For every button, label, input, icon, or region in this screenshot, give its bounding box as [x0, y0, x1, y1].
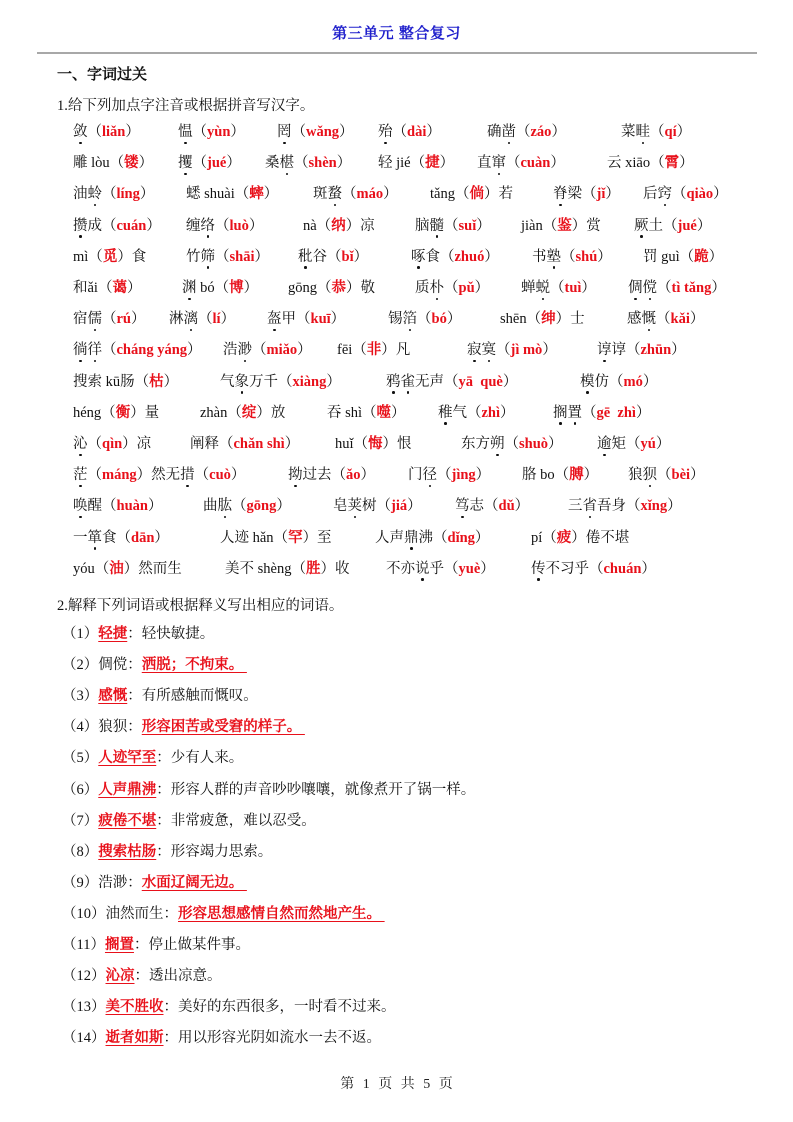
answer-text: dān — [131, 530, 154, 546]
pinyin-row: 唤醒（huàn）曲肱（gōng）皂荚树（jiá）笃志（dǔ）三省吾身（xǐng） — [0, 496, 793, 518]
dotted-character: 置 — [568, 405, 583, 421]
answer-text: chuán — [604, 561, 642, 577]
section-heading: 一、字词过关 — [57, 63, 147, 84]
dotted-character: 盔 — [267, 311, 282, 327]
dotted-character: 徜 — [73, 342, 88, 358]
dotted-character: 沁 — [73, 436, 88, 452]
answer-text: jué — [207, 155, 226, 171]
prompt-text: ） — [140, 186, 155, 202]
term-answer: 疲倦不堪 — [98, 813, 156, 829]
prompt-text: 谷 — [313, 249, 328, 265]
prompt-text: ）恨 — [383, 436, 412, 452]
answer-text: 霄 — [665, 155, 680, 171]
answer-text: kuī — [311, 311, 331, 327]
prompt-text: （ — [195, 467, 210, 483]
prompt-text: 食（ — [102, 530, 131, 546]
definition-answer: 形容思想感情自然而然地产生。 — [178, 906, 385, 922]
dotted-character: 雀 — [401, 374, 416, 390]
question-1-instruction: 1.给下列加点字注音或根据拼音写汉字。 — [57, 94, 314, 115]
definition-item: （4）狼狈：形容困苦或受窘的样子。 — [62, 717, 305, 737]
answer-text: wǎng — [306, 124, 339, 140]
prompt-text: 脑 — [415, 218, 430, 234]
pinyin-item: 鸦雀无声（yā què） — [386, 372, 517, 392]
dotted-character: 殆 — [378, 124, 393, 140]
answer-text: yuè — [459, 561, 481, 577]
pinyin-item: 皂荚树（jiá） — [333, 496, 422, 516]
pinyin-item: 三省吾身（xǐng） — [568, 496, 682, 516]
dotted-character: 说 — [415, 561, 430, 577]
prompt-text: ） — [297, 342, 312, 358]
pinyin-item: 逾矩（yú） — [597, 434, 670, 454]
pinyin-item: 缠络（luò） — [186, 216, 263, 236]
pinyin-item: 愠（yùn） — [178, 122, 245, 142]
answer-text: cuàn — [521, 155, 551, 171]
item-number: （4） — [62, 719, 98, 735]
prompt-text: ） — [690, 311, 705, 327]
separator: ： — [156, 782, 171, 798]
prompt-text: 成 — [88, 218, 103, 234]
prompt-text: ）士 — [556, 311, 585, 327]
answer-text: gōng — [247, 498, 277, 514]
prompt-text: ） — [139, 155, 154, 171]
pinyin-item: 美不 shèng（胜）收 — [225, 559, 349, 579]
dotted-character: 箪 — [88, 530, 103, 546]
dotted-character: 模 — [580, 374, 595, 390]
pinyin-row: 茫（máng）然无措（cuò）拗过去（ǎo）门径（jìng）胳 bo（膊）狼狈（… — [0, 465, 793, 487]
prompt-text: ） — [551, 124, 566, 140]
prompt-text: 油 — [73, 186, 88, 202]
dotted-character: 慨 — [642, 311, 657, 327]
dotted-character: 椹 — [280, 155, 295, 171]
definition: 停止做某件事。 — [148, 937, 250, 953]
answer-text: chǎn shì — [234, 436, 285, 452]
answer-text: 镂 — [124, 155, 139, 171]
prompt-text: 醒 — [88, 498, 103, 514]
prompt-text: zhàn（ — [200, 405, 242, 421]
answer-text: miǎo — [267, 342, 298, 358]
definition-item: （8）搜索枯肠：形容竭力思索。 — [62, 842, 272, 862]
dotted-character: 寞 — [482, 342, 497, 358]
prompt-text: ）收 — [320, 561, 349, 577]
prompt-text: 沸（ — [419, 530, 448, 546]
dotted-character: 传 — [531, 561, 546, 577]
separator: ： — [164, 906, 179, 922]
prompt-text: ） — [584, 467, 599, 483]
answer-text: 倘 — [469, 186, 484, 202]
prompt-text: ） — [475, 280, 490, 296]
dotted-character: 荚 — [348, 498, 363, 514]
prompt-text: （ — [102, 342, 117, 358]
term-answer: 人迹罕至 — [98, 750, 156, 766]
answer-text: 噬 — [377, 405, 392, 421]
dotted-character: 鸦 — [386, 374, 401, 390]
prompt-text: ） — [713, 186, 728, 202]
pinyin-row: 搜索 kū肠（枯）气象万千（xiàng）鸦雀无声（yā què）模仿（mó） — [0, 372, 793, 394]
answer-text: 膊 — [569, 467, 584, 483]
definition: 少有人来。 — [171, 750, 244, 766]
item-number: （14） — [62, 1030, 106, 1046]
definition: 非常疲惫，难以忍受。 — [171, 813, 316, 829]
separator: ： — [127, 719, 142, 735]
prompt-text: 阐释（ — [190, 436, 234, 452]
pinyin-item: fēi（非）凡 — [337, 340, 410, 360]
prompt-text: 浩 — [223, 342, 238, 358]
prompt-text: ） — [285, 436, 300, 452]
prompt-text: fēi（ — [337, 342, 367, 358]
pinyin-row: 雕 lòu（镂）攫（jué）桑椹（shèn）轻 jié（捷）直窜（cuàn）云 … — [0, 153, 793, 175]
page-number: 第 1 页 共 5 页 — [0, 1073, 793, 1093]
prompt-text: 万千（ — [249, 374, 293, 390]
separator: ： — [164, 1030, 179, 1046]
separator: ： — [134, 937, 149, 953]
prompt-text: 雕 lòu（ — [73, 155, 124, 171]
pinyin-item: 桑椹（shèn） — [265, 153, 351, 173]
dotted-character: 儒 — [88, 311, 103, 327]
pinyin-row: héng（衡）量zhàn（绽）放吞 shì（噬）稚气（zhì）搁置（gē zhì… — [0, 403, 793, 425]
answer-text: yā què — [459, 374, 503, 390]
pinyin-item: 谆谆（zhūn） — [597, 340, 686, 360]
pinyin-row: 宿儒（rú）淋漓（lí）盔甲（kuī）锡箔（bó）shēn（绅）士感慨（kǎi） — [0, 309, 793, 331]
prompt-text: （ — [102, 186, 117, 202]
dotted-character: 傥 — [643, 280, 658, 296]
prompt-text: ） — [503, 374, 518, 390]
answer-text: 蟀 — [249, 186, 264, 202]
definition: 用以形容光阴如流水一去不返。 — [178, 1030, 381, 1046]
prompt-text: （ — [393, 124, 408, 140]
prompt-text: 蟋 shuài（ — [186, 186, 249, 202]
pinyin-item: jiàn（鉴）赏 — [521, 216, 601, 236]
definition: 形容竭力思索。 — [171, 844, 273, 860]
prompt-text: ） — [154, 530, 169, 546]
pinyin-item: pí（疲）倦不堪 — [531, 528, 629, 548]
prompt-text: 胳 bo（ — [522, 467, 569, 483]
prompt-text: ） — [709, 249, 724, 265]
dotted-character: 狈 — [643, 467, 658, 483]
definition-item: （1）轻捷：轻快敏捷。 — [62, 624, 214, 644]
pinyin-item: 脊梁（jǐ） — [553, 184, 620, 204]
item-number: （10） — [62, 906, 106, 922]
prompt-text: （ — [561, 249, 576, 265]
definition-item: （6）人声鼎沸：形容人群的声音吵吵嚷嚷，就像煮开了锅一样。 — [62, 780, 475, 800]
term-answer: 人声鼎沸 — [98, 782, 156, 798]
item-number: （3） — [62, 688, 98, 704]
prompt-text: （ — [342, 186, 357, 202]
prompt-text: （ — [609, 374, 624, 390]
pinyin-item: 锡箔（bó） — [388, 309, 461, 329]
answer-text: 枯 — [149, 374, 164, 390]
answer-text: 罕 — [288, 530, 303, 546]
pinyin-item: 殆（dài） — [378, 122, 441, 142]
dotted-character: 搁 — [553, 405, 568, 421]
answer-text: dǐng — [448, 530, 475, 546]
dotted-character: 谆 — [597, 342, 612, 358]
prompt-text: ） — [711, 280, 726, 296]
pinyin-item: 竹筛（shāi） — [186, 247, 269, 267]
prompt-text: 食 — [426, 249, 441, 265]
answer-text: cháng yáng — [117, 342, 188, 358]
prompt-text: （ — [193, 124, 208, 140]
prompt-text: ） — [255, 249, 270, 265]
pinyin-item: 搁置（gē zhì） — [553, 403, 650, 423]
prompt-text: 美不 shèng（ — [225, 561, 306, 577]
prompt-text: （ — [626, 436, 641, 452]
prompt-text: （ — [444, 280, 459, 296]
pinyin-item: gōng（恭）敬 — [288, 278, 375, 298]
prompt-text: 曲 — [203, 498, 218, 514]
prompt-text: ） — [447, 311, 462, 327]
pinyin-item: 秕谷（bǐ） — [298, 247, 368, 267]
prompt-text: 不习乎（ — [546, 561, 604, 577]
pinyin-item: 蝉蜕（tuì） — [521, 278, 596, 298]
dotted-character: 省 — [583, 498, 598, 514]
prompt-text: ） — [354, 249, 369, 265]
prompt-text: 皂 — [333, 498, 348, 514]
dotted-character: 寂 — [467, 342, 482, 358]
pinyin-item: 吞 shì（噬） — [327, 403, 406, 423]
answer-text: rú — [117, 311, 132, 327]
prompt-text: ）食 — [117, 249, 146, 265]
pinyin-item: 盔甲（kuī） — [267, 309, 345, 329]
definition-item: （11）搁置：停止做某件事。 — [62, 935, 250, 955]
prompt-text: ） — [690, 467, 705, 483]
prompt-text: huǐ（ — [335, 436, 368, 452]
prompt-text: （ — [582, 186, 597, 202]
question-2-instruction: 2.解释下列词语或根据释义写出相应的词语。 — [57, 594, 343, 615]
answer-text: 胜 — [306, 561, 321, 577]
pinyin-item: mì（觅）食 — [73, 247, 146, 267]
prompt-text: （ — [496, 342, 511, 358]
answer-text: luò — [230, 218, 249, 234]
prompt-text: ） — [667, 498, 682, 514]
separator: ： — [127, 688, 142, 704]
answer-text: 非 — [367, 342, 382, 358]
pinyin-item: huǐ（悔）恨 — [335, 434, 412, 454]
prompt-text: ） — [671, 342, 686, 358]
separator: ： — [156, 750, 171, 766]
prompt-text: yóu（ — [73, 561, 109, 577]
prompt-text: 菜 — [621, 124, 636, 140]
prompt-text: ） — [636, 405, 651, 421]
answer-text: máo — [357, 186, 384, 202]
prompt-text: ） — [383, 186, 398, 202]
item-number: （12） — [62, 968, 106, 984]
prompt-text: （ — [294, 155, 309, 171]
answer-text: 油 — [109, 561, 124, 577]
prompt-text: （ — [505, 436, 520, 452]
item-number: （5） — [62, 750, 98, 766]
term: 油然而生 — [106, 906, 164, 922]
definition-item: （10）油然而生：形容思想感情自然而然地产生。 — [62, 904, 385, 924]
prompt-text: （ — [656, 311, 671, 327]
dotted-character: 渊 — [182, 280, 197, 296]
prompt-text: ）若 — [484, 186, 513, 202]
prompt-text: 仿 — [595, 374, 610, 390]
answer-text: jì mò — [511, 342, 543, 358]
definition-answer: 形容困苦或受窘的样子。 — [142, 719, 305, 735]
dotted-character: 象 — [235, 374, 250, 390]
answer-text: gē zhì — [597, 405, 636, 421]
answer-text: tì tǎng — [672, 280, 712, 296]
prompt-text: 感 — [627, 311, 642, 327]
pinyin-item: 人迹 hǎn（罕）至 — [220, 528, 332, 548]
pinyin-row: 和ǎi（蔼）渊 bó（博）gōng（恭）敬质朴（pǔ）蝉蜕（tuì）倜傥（tì … — [0, 278, 793, 300]
prompt-text: 矩 — [612, 436, 627, 452]
pinyin-item: 油蛉（líng） — [73, 184, 154, 204]
answer-text: qiào — [687, 186, 714, 202]
prompt-text: ）至 — [303, 530, 332, 546]
prompt-text: ） — [337, 155, 352, 171]
prompt-text: （ — [550, 280, 565, 296]
answer-text: 绅 — [541, 311, 556, 327]
prompt-text: （ — [650, 124, 665, 140]
pinyin-row: 油蛉（líng）蟋 shuài（蟀）斑蝥（máo）tǎng（倘）若脊梁（jǐ）后… — [0, 184, 793, 206]
prompt-text: （ — [657, 467, 672, 483]
dotted-character: 攒 — [73, 218, 88, 234]
pinyin-item: 攫（jué） — [178, 153, 241, 173]
prompt-text: 谆 — [612, 342, 627, 358]
pinyin-item: 和ǎi（蔼） — [73, 278, 141, 298]
dotted-character: 笃 — [455, 498, 470, 514]
answer-text: shuò — [519, 436, 548, 452]
term-answer: 感慨 — [98, 688, 127, 704]
separator: ： — [127, 626, 142, 642]
prompt-text: ）放 — [256, 405, 285, 421]
prompt-text: 桑 — [265, 155, 280, 171]
document-page: 第三单元 整合复习 一、字词过关 1.给下列加点字注音或根据拼音写汉字。 敛（l… — [0, 0, 793, 1122]
prompt-text: 宿 — [73, 311, 88, 327]
prompt-text: （ — [215, 218, 230, 234]
dotted-character: 髓 — [430, 218, 445, 234]
answer-text: shú — [576, 249, 598, 265]
answer-text: kǎi — [671, 311, 690, 327]
prompt-text: 吞 shì（ — [327, 405, 377, 421]
definition-item: （2）倜傥：洒脱；不拘束。 — [62, 655, 247, 675]
pinyin-item: nà（纳）凉 — [303, 216, 375, 236]
answer-text: jìng — [452, 467, 476, 483]
prompt-text: ） — [276, 498, 291, 514]
prompt-text: 后 — [643, 186, 658, 202]
dotted-character: 塾 — [547, 249, 562, 265]
prompt-text: jiàn（ — [521, 218, 557, 234]
pinyin-item: 拗过去（ǎo） — [288, 465, 375, 485]
prompt-text: （ — [88, 436, 103, 452]
dotted-character: 措 — [180, 467, 195, 483]
dotted-character: 肱 — [218, 498, 233, 514]
dotted-character: 蛉 — [88, 186, 103, 202]
answer-text: shāi — [230, 249, 255, 265]
definition-item: （9）浩渺：水面辽阔无边。 — [62, 873, 247, 893]
answer-text: bèi — [672, 467, 691, 483]
term-answer: 沁凉 — [106, 968, 135, 984]
pinyin-item: 倜傥（tì tǎng） — [628, 278, 726, 298]
pinyin-item: 渊 bó（博） — [182, 278, 258, 298]
item-number: （7） — [62, 813, 98, 829]
pinyin-row: mì（觅）食竹筛（shāi）秕谷（bǐ）啄食（zhuó）书塾（shú）罚 guì… — [0, 247, 793, 269]
definition: 美好的东西很多，一时看不过来。 — [178, 999, 396, 1015]
prompt-text: ） — [440, 155, 455, 171]
separator: ： — [156, 844, 171, 860]
prompt-text: 无声（ — [415, 374, 459, 390]
separator: ： — [127, 657, 142, 673]
dotted-character: 罔 — [277, 124, 292, 140]
prompt-text: ）赏 — [572, 218, 601, 234]
prompt-text: ） — [331, 311, 346, 327]
dotted-character: 渺 — [238, 342, 253, 358]
answer-text: zhì — [482, 405, 501, 421]
definition: 有所感触而慨叹。 — [142, 688, 258, 704]
prompt-text: ） — [476, 467, 491, 483]
answer-text: 觅 — [103, 249, 118, 265]
prompt-text: （ — [437, 467, 452, 483]
prompt-text: 门 — [408, 467, 423, 483]
prompt-text: （ — [193, 155, 208, 171]
term: 狼狈 — [98, 719, 127, 735]
definition-item: （13）美不胜收：美好的东西很多，一时看不过来。 — [62, 997, 396, 1017]
answer-text: máng — [102, 467, 137, 483]
prompt-text: ） — [550, 155, 565, 171]
prompt-text: ） — [480, 561, 495, 577]
answer-text: cuán — [117, 218, 147, 234]
prompt-text: （ — [657, 280, 672, 296]
separator: ： — [164, 999, 179, 1015]
pinyin-item: 传不习乎（chuán） — [531, 559, 656, 579]
prompt-text: bó（ — [197, 280, 230, 296]
item-number: （2） — [62, 657, 98, 673]
term-answer: 搜索枯肠 — [98, 844, 156, 860]
prompt-text: ） — [244, 280, 259, 296]
dotted-character: 鼎 — [404, 530, 419, 546]
prompt-text: 一 — [73, 530, 88, 546]
prompt-text: （ — [88, 124, 103, 140]
item-number: （9） — [62, 875, 98, 891]
prompt-text: （ — [516, 124, 531, 140]
pinyin-item: 质朴（pǔ） — [415, 278, 489, 298]
answer-text: zhūn — [641, 342, 672, 358]
item-number: （11） — [62, 937, 105, 953]
answer-text: záo — [531, 124, 552, 140]
pinyin-item: 阐释（chǎn shì） — [190, 434, 299, 454]
prompt-text: ） — [542, 342, 557, 358]
prompt-text: 土 — [649, 218, 664, 234]
prompt-text: 轻 jié（ — [378, 155, 425, 171]
pinyin-item: 稚气（zhì） — [438, 403, 515, 423]
prompt-text: 乎（ — [430, 561, 459, 577]
dotted-character: 拗 — [288, 467, 303, 483]
prompt-text: ） — [641, 561, 656, 577]
prompt-text: （ — [327, 249, 342, 265]
prompt-text: 东方 — [461, 436, 490, 452]
pinyin-item: 宿儒（rú） — [73, 309, 146, 329]
answer-text: 悔 — [368, 436, 383, 452]
dotted-character: 唤 — [73, 498, 88, 514]
pinyin-row: 攒成（cuán）缠络（luò）nà（纳）凉脑髓（suǐ）jiàn（鉴）赏厥土（j… — [0, 216, 793, 238]
prompt-text: 搜索 kū肠（ — [73, 374, 149, 390]
pinyin-item: 唤醒（huàn） — [73, 496, 162, 516]
prompt-text: （ — [198, 311, 213, 327]
pinyin-item: 一箪食（dān） — [73, 528, 169, 548]
answer-text: xiàng — [293, 374, 327, 390]
prompt-text: ） — [146, 218, 161, 234]
prompt-text: 过去（ — [303, 467, 347, 483]
answer-text: tuì — [565, 280, 582, 296]
prompt-text: ）然无 — [137, 467, 181, 483]
prompt-text: ） — [221, 311, 236, 327]
prompt-text: ） — [597, 249, 612, 265]
answer-text: yùn — [207, 124, 230, 140]
item-number: （13） — [62, 999, 106, 1015]
prompt-text: （ — [417, 311, 432, 327]
prompt-text: 三 — [568, 498, 583, 514]
